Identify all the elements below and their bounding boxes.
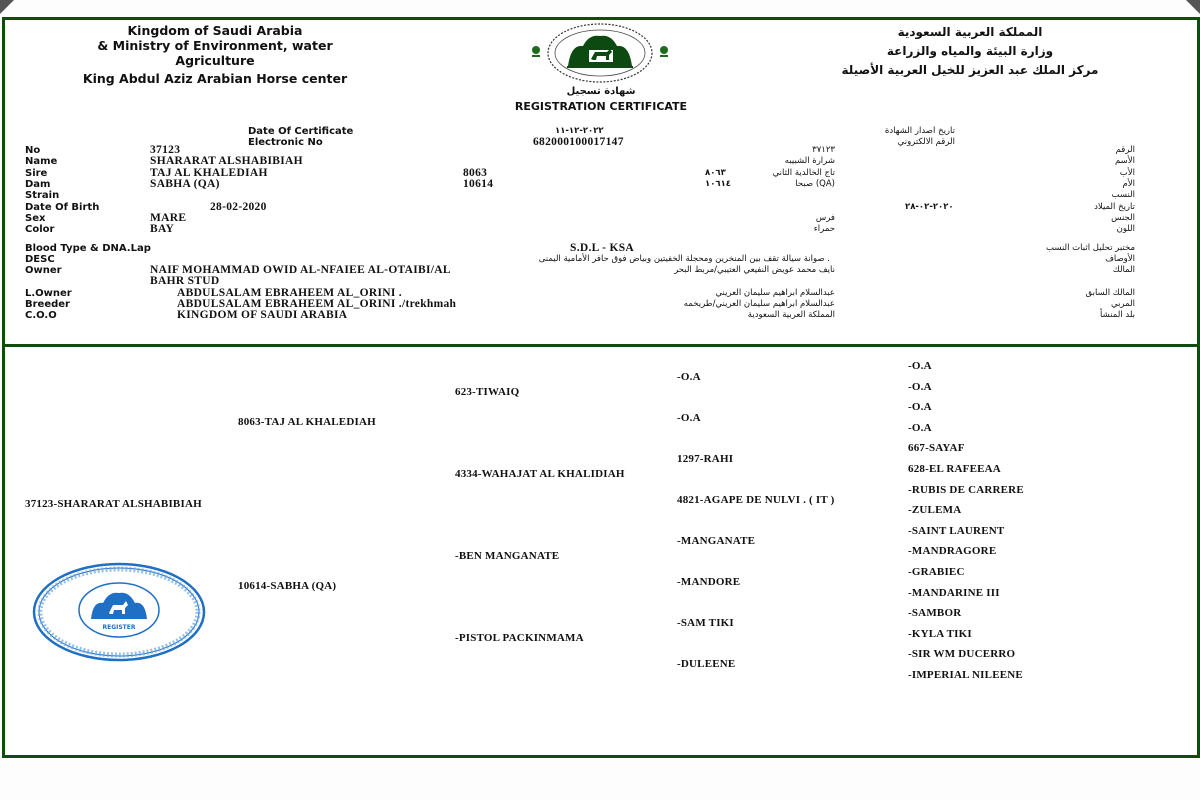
title-english: REGISTRATION CERTIFICATE bbox=[5, 100, 1197, 113]
electronic-no-label-ar: الرقم الالكتروني bbox=[835, 137, 955, 148]
pedigree-great-grandparent: -O.A bbox=[677, 371, 701, 383]
pedigree-gen4-ancestor: -SAMBOR bbox=[908, 607, 961, 619]
header-left: Kingdom of Saudi Arabia & Ministry of En… bbox=[35, 23, 395, 86]
field-label-ar: اللون bbox=[1025, 224, 1135, 235]
field-label: Sire bbox=[25, 168, 47, 179]
field-value-ar: حمراء bbox=[735, 224, 835, 235]
blood-type-label: Blood Type & DNA.Lap bbox=[25, 243, 151, 254]
title-arabic: شهادة تسجيل bbox=[5, 86, 1197, 97]
desc-label-ar: الأوصاف bbox=[985, 254, 1135, 265]
pedigree-parent: 8063-TAJ AL KHALEDIAH bbox=[238, 416, 376, 428]
field-label-ar: الأب bbox=[1025, 168, 1135, 179]
pedigree-gen4-ancestor: -GRABIEC bbox=[908, 566, 965, 578]
coo-label: C.O.O bbox=[25, 310, 57, 321]
owner-value-line-2: BAHR STUD bbox=[150, 276, 219, 287]
coo-label-ar: بلد المنشأ bbox=[985, 310, 1135, 321]
breeder-label-ar: المربي bbox=[985, 299, 1135, 310]
pedigree-grandparent: 4334-WAHAJAT AL KHALIDIAH bbox=[455, 468, 625, 480]
header-left-line-2: & Ministry of Environment, water bbox=[35, 38, 395, 53]
breeder-value-ar: عبدالسلام ابراهيم سليمان العريني/طريخمه bbox=[565, 299, 835, 310]
section-divider bbox=[5, 344, 1197, 347]
pedigree-grandparent: -PISTOL PACKINMAMA bbox=[455, 632, 584, 644]
pedigree-gen4-ancestor: -RUBIS DE CARRERE bbox=[908, 484, 1024, 496]
field-value-ar: فرس bbox=[735, 213, 835, 224]
pedigree-gen4-ancestor: -ZULEMA bbox=[908, 504, 961, 516]
field-value: SHARARAT ALSHABIBIAH bbox=[150, 156, 303, 167]
field-label: No bbox=[25, 145, 40, 156]
header-left-line-3: Agriculture bbox=[35, 53, 395, 68]
field-label-ar: النسب bbox=[1025, 190, 1135, 201]
pedigree-gen4-ancestor: -O.A bbox=[908, 401, 932, 413]
lowner-value-ar: عبدالسلام ابراهيم سليمان العريني bbox=[565, 288, 835, 299]
pedigree-great-grandparent: 4821-AGAPE DE NULVI . ( IT ) bbox=[677, 494, 834, 506]
pedigree-gen4-ancestor: 667-SAYAF bbox=[908, 442, 965, 454]
pedigree-gen4-ancestor: -MANDRAGORE bbox=[908, 545, 996, 557]
coo-value-ar: المملكة العربية السعودية bbox=[565, 310, 835, 321]
field-label: Color bbox=[25, 224, 54, 235]
pedigree-gen4-ancestor: -KYLA TIKI bbox=[908, 628, 972, 640]
field-label: Name bbox=[25, 156, 57, 167]
field-value-ar: تاج الخالدية الثاني bbox=[735, 168, 835, 179]
header-right: المملكة العربية السعودية وزارة البيئة وا… bbox=[805, 23, 1135, 80]
pedigree-great-grandparent: -MANDORE bbox=[677, 576, 740, 588]
field-value-ar: ٣٧١٢٣ bbox=[735, 145, 835, 156]
pedigree-gen4-ancestor: -O.A bbox=[908, 381, 932, 393]
field-label: Dam bbox=[25, 179, 50, 190]
field-label-ar: الأم bbox=[1025, 179, 1135, 190]
header-right-line-3: مركز الملك عبد العزيز للخيل العربية الأص… bbox=[805, 61, 1135, 80]
pedigree-gen4-ancestor: -O.A bbox=[908, 422, 932, 434]
field-value: BAY bbox=[150, 224, 174, 235]
pedigree-horse: 37123-SHARARAT ALSHABIBIAH bbox=[25, 498, 202, 510]
field-number-ar: ٨٠٦٣ bbox=[705, 168, 726, 179]
pedigree-gen4-ancestor: -IMPERIAL NILEENE bbox=[908, 669, 1023, 681]
lowner-label: L.Owner bbox=[25, 288, 72, 299]
pedigree-gen4-ancestor: -O.A bbox=[908, 360, 932, 372]
blood-type-value: S.D.L - KSA bbox=[570, 243, 634, 254]
horse-center-emblem-icon bbox=[523, 22, 678, 89]
pedigree-great-grandparent: -MANGANATE bbox=[677, 535, 755, 547]
field-value-ar: ٢٠٢٠-٠٢-٢٨ bbox=[905, 202, 975, 213]
pedigree-parent: 10614-SABHA (QA) bbox=[238, 580, 336, 592]
header-right-line-2: وزارة البيئة والمياه والزراعة bbox=[805, 42, 1135, 61]
field-value-ar: شرارة الشبيبه bbox=[735, 156, 835, 167]
owner-value-ar: نايف محمد عويض النفيعي العتيبي/مربط البح… bbox=[565, 265, 835, 276]
field-value-ar: (QA) صبحا bbox=[735, 179, 835, 190]
field-label-ar: الأسم bbox=[1025, 156, 1135, 167]
field-label: Strain bbox=[25, 190, 59, 201]
pedigree-great-grandparent: 1297-RAHI bbox=[677, 453, 733, 465]
pedigree-grandparent: 623-TIWAIQ bbox=[455, 386, 519, 398]
date-of-certificate-label: Date Of Certificate bbox=[248, 126, 353, 137]
header-right-line-1: المملكة العربية السعودية bbox=[805, 23, 1135, 42]
coo-value: KINGDOM OF SAUDI ARABIA bbox=[177, 310, 347, 321]
pedigree-gen4-ancestor: -SAINT LAURENT bbox=[908, 525, 1004, 537]
header-left-line-1: Kingdom of Saudi Arabia bbox=[35, 23, 395, 38]
register-stamp-icon: REGISTER bbox=[31, 561, 207, 668]
svg-text:REGISTER: REGISTER bbox=[102, 624, 135, 631]
field-label-ar: الرقم bbox=[1025, 145, 1135, 156]
owner-label: Owner bbox=[25, 265, 62, 276]
field-number: 10614 bbox=[463, 179, 493, 190]
pedigree-great-grandparent: -O.A bbox=[677, 412, 701, 424]
field-label-ar: تاريخ الميلاد bbox=[1025, 202, 1135, 213]
page-corner-left bbox=[0, 0, 14, 14]
desc-label: DESC bbox=[25, 254, 55, 265]
field-value: SABHA (QA) bbox=[150, 179, 220, 190]
field-label: Date Of Birth bbox=[25, 202, 99, 213]
date-of-certificate-label-ar: تاريخ اصدار الشهادة bbox=[835, 126, 955, 137]
field-value: 28-02-2020 bbox=[210, 202, 267, 213]
electronic-no-label: Electronic No bbox=[248, 137, 323, 148]
page-corner-right bbox=[1186, 0, 1200, 14]
pedigree-great-grandparent: -DULEENE bbox=[677, 658, 735, 670]
pedigree-great-grandparent: -SAM TIKI bbox=[677, 617, 734, 629]
owner-label-ar: المالك bbox=[985, 265, 1135, 276]
certificate-frame: Kingdom of Saudi Arabia & Ministry of En… bbox=[2, 17, 1200, 758]
lowner-label-ar: المالك السابق bbox=[985, 288, 1135, 299]
blood-type-label-ar: مختبر تحليل اثبات النسب bbox=[985, 243, 1135, 254]
pedigree-grandparent: -BEN MANGANATE bbox=[455, 550, 559, 562]
pedigree-gen4-ancestor: -MANDARINE III bbox=[908, 587, 1000, 599]
pedigree-gen4-ancestor: -SIR WM DUCERRO bbox=[908, 648, 1015, 660]
breeder-label: Breeder bbox=[25, 299, 70, 310]
field-label-ar: الجنس bbox=[1025, 213, 1135, 224]
electronic-no-value: 682000100017147 bbox=[533, 137, 624, 148]
field-label: Sex bbox=[25, 213, 45, 224]
field-number-ar: ١٠٦١٤ bbox=[705, 179, 731, 190]
header-left-line-4: King Abdul Aziz Arabian Horse center bbox=[35, 71, 395, 86]
pedigree-gen4-ancestor: 628-EL RAFEEAA bbox=[908, 463, 1001, 475]
